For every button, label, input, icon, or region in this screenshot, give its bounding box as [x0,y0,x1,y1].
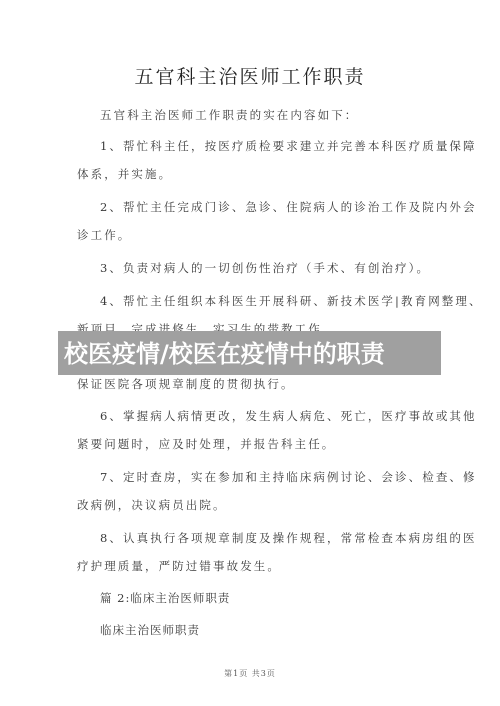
item-4-line-1: 4、帮忙主任组织本科医生开展科研、新技术医学|教育网整理、 [100,293,460,309]
item-7-line-1: 7、定时查房，实在参加和主持临床病例讨论、会诊、检查、修 [100,469,460,485]
item-6-line-1: 6、掌握病人病情更改，发生病人病危、死亡，医疗事故或其他 [100,408,460,424]
item-6-line-2: 紧要问题时，应及时处理，并报告科主任。 [77,436,437,452]
section-2-subheading: 临床主治医师职责 [100,622,460,638]
item-1-line-2: 体系，并实施。 [77,166,437,182]
item-2-line-1: 2、帮忙主任完成门诊、急诊、住院病人的诊治工作及院内外会 [100,199,460,215]
document-page: 五官科主治医师工作职责 五官科主治医师工作职责的实在内容如下： 1、帮忙科主任，… [0,0,500,706]
item-2-line-2: 诊工作。 [77,227,437,243]
intro-paragraph: 五官科主治医师工作职责的实在内容如下： [100,107,460,123]
item-7-line-2: 改病例，决议病员出院。 [77,497,437,513]
section-2-heading: 篇 2:临床主治医师职责 [100,590,460,606]
item-3-line-1: 3、负责对病人的一切创伤性治疗（手术、有创治疗）。 [100,260,460,276]
document-title: 五官科主治医师工作职责 [0,62,500,89]
item-5-line-2: 保证医院各项规章制度的贯彻执行。 [77,376,437,392]
item-8-line-2: 疗护理质量，严防过错事故发生。 [77,558,437,574]
overlay-banner-title: 校医疫情/校医在疫情中的职责 [64,334,444,369]
page-indicator: 第1页 共3页 [0,668,500,679]
item-1-line-1: 1、帮忙科主任，按医疗质检要求建立并完善本科医疗质量保障 [100,138,460,154]
item-8-line-1: 8、认真执行各项规章制度及操作规程，常常检查本病房组的医 [100,530,460,546]
